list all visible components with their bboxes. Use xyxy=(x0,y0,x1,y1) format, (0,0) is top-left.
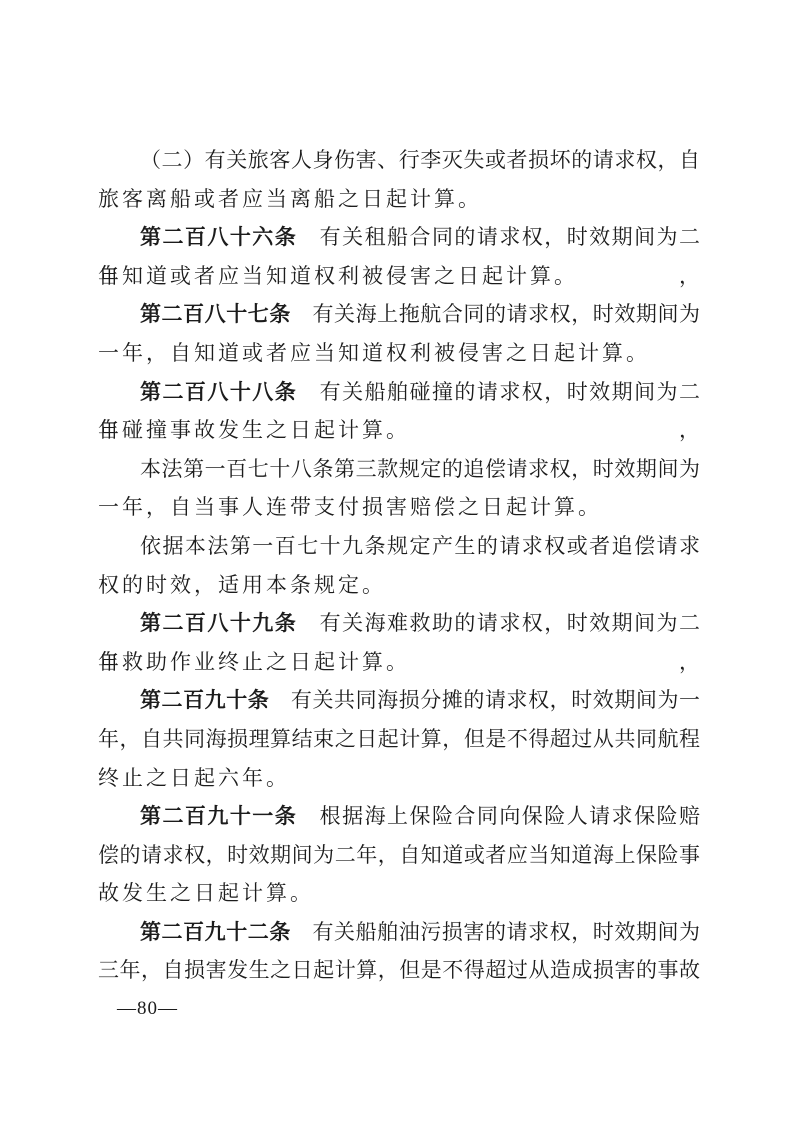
text-run: 偿的请求权，时效期间为二年，自知道或者应当知道海上保险事 xyxy=(98,843,700,867)
text-run: 权的时效，适用本条规定。 xyxy=(98,573,386,597)
text-run: 一年，自知道或者应当知道权利被侵害之日起计算。 xyxy=(98,341,650,365)
text-line: 旅客离船或者应当离船之日起计算。 xyxy=(98,180,700,219)
text-run: 自救助作业终止之日起计算。 xyxy=(98,650,410,674)
text-run: 年，自共同海损理算结束之日起计算，但是不得超过从共同航程 xyxy=(98,727,700,751)
text-run: 有关海上拖航合同的请求权，时效期间为 xyxy=(291,302,700,326)
text-line: 第二百八十六条 有关租船合同的请求权，时效期间为二年， xyxy=(98,218,700,257)
paragraph: 第二百八十九条 有关海难救助的请求权，时效期间为二年，自救助作业终止之日起计算。 xyxy=(98,604,700,681)
paragraph: 第二百九十一条 根据海上保险合同向保险人请求保险赔偿的请求权，时效期间为二年，自… xyxy=(98,797,700,913)
text-run: 本法第一百七十八条第三款规定的追偿请求权，时效期间为 xyxy=(140,457,700,481)
text-line: 偿的请求权，时效期间为二年，自知道或者应当知道海上保险事 xyxy=(98,836,700,875)
text-run: 一年，自当事人连带支付损害赔偿之日起计算。 xyxy=(98,495,602,519)
text-line: 第二百八十八条 有关船舶碰撞的请求权，时效期间为二年， xyxy=(98,373,700,412)
article-number: 第二百八十八条 xyxy=(140,380,297,404)
text-line: 第二百九十一条 根据海上保险合同向保险人请求保险赔 xyxy=(98,797,700,836)
text-line: （二）有关旅客人身伤害、行李灭失或者损坏的请求权，自 xyxy=(98,141,700,180)
text-run: 终止之日起六年。 xyxy=(98,766,290,790)
text-run: 自知道或者应当知道权利被侵害之日起计算。 xyxy=(98,264,578,288)
text-line: 故发生之日起计算。 xyxy=(98,874,700,913)
text-line: 本法第一百七十八条第三款规定的追偿请求权，时效期间为 xyxy=(98,450,700,489)
paragraph: 第二百八十六条 有关租船合同的请求权，时效期间为二年，自知道或者应当知道权利被侵… xyxy=(98,218,700,295)
text-line: 第二百九十二条 有关船舶油污损害的请求权，时效期间为 xyxy=(98,913,700,952)
text-run: 依据本法第一百七十九条规定产生的请求权或者追偿请求 xyxy=(140,534,700,558)
text-run: 自碰撞事故发生之日起计算。 xyxy=(98,418,410,442)
text-line: 三年，自损害发生之日起计算，但是不得超过从造成损害的事故 xyxy=(98,951,700,990)
text-run: 旅客离船或者应当离船之日起计算。 xyxy=(98,187,482,211)
page-number: —80— xyxy=(117,997,178,1021)
paragraph: 本法第一百七十八条第三款规定的追偿请求权，时效期间为一年，自当事人连带支付损害赔… xyxy=(98,450,700,527)
article-number: 第二百九十二条 xyxy=(140,920,291,944)
paragraph: 依据本法第一百七十九条规定产生的请求权或者追偿请求权的时效，适用本条规定。 xyxy=(98,527,700,604)
text-run: 三年，自损害发生之日起计算，但是不得超过从造成损害的事故 xyxy=(98,958,700,982)
text-line: 第二百九十条 有关共同海损分摊的请求权，时效期间为一 xyxy=(98,681,700,720)
article-number: 第二百八十六条 xyxy=(140,225,297,249)
text-line: 终止之日起六年。 xyxy=(98,759,700,798)
document-body: （二）有关旅客人身伤害、行李灭失或者损坏的请求权，自旅客离船或者应当离船之日起计… xyxy=(98,141,700,990)
paragraph: （二）有关旅客人身伤害、行李灭失或者损坏的请求权，自旅客离船或者应当离船之日起计… xyxy=(98,141,700,218)
article-number: 第二百八十九条 xyxy=(140,611,297,635)
text-run: 根据海上保险合同向保险人请求保险赔 xyxy=(297,804,700,828)
paragraph: 第二百八十七条 有关海上拖航合同的请求权，时效期间为一年，自知道或者应当知道权利… xyxy=(98,295,700,372)
paragraph: 第二百八十八条 有关船舶碰撞的请求权，时效期间为二年，自碰撞事故发生之日起计算。 xyxy=(98,373,700,450)
text-line: 权的时效，适用本条规定。 xyxy=(98,566,700,605)
text-run: 故发生之日起计算。 xyxy=(98,881,314,905)
text-run: （二）有关旅客人身伤害、行李灭失或者损坏的请求权，自 xyxy=(140,148,700,172)
paragraph: 第二百九十二条 有关船舶油污损害的请求权，时效期间为三年，自损害发生之日起计算，… xyxy=(98,913,700,990)
text-line: 第二百八十七条 有关海上拖航合同的请求权，时效期间为 xyxy=(98,295,700,334)
text-line: 第二百八十九条 有关海难救助的请求权，时效期间为二年， xyxy=(98,604,700,643)
text-line: 一年，自当事人连带支付损害赔偿之日起计算。 xyxy=(98,488,700,527)
article-number: 第二百八十七条 xyxy=(140,302,291,326)
text-run: 有关共同海损分摊的请求权，时效期间为一 xyxy=(269,688,700,712)
article-number: 第二百九十一条 xyxy=(140,804,297,828)
text-line: 年，自共同海损理算结束之日起计算，但是不得超过从共同航程 xyxy=(98,720,700,759)
document-page: （二）有关旅客人身伤害、行李灭失或者损坏的请求权，自旅客离船或者应当离船之日起计… xyxy=(0,0,793,1122)
text-line: 依据本法第一百七十九条规定产生的请求权或者追偿请求 xyxy=(98,527,700,566)
text-line: 一年，自知道或者应当知道权利被侵害之日起计算。 xyxy=(98,334,700,373)
article-number: 第二百九十条 xyxy=(140,688,269,712)
text-run: 有关船舶油污损害的请求权，时效期间为 xyxy=(291,920,700,944)
paragraph: 第二百九十条 有关共同海损分摊的请求权，时效期间为一年，自共同海损理算结束之日起… xyxy=(98,681,700,797)
